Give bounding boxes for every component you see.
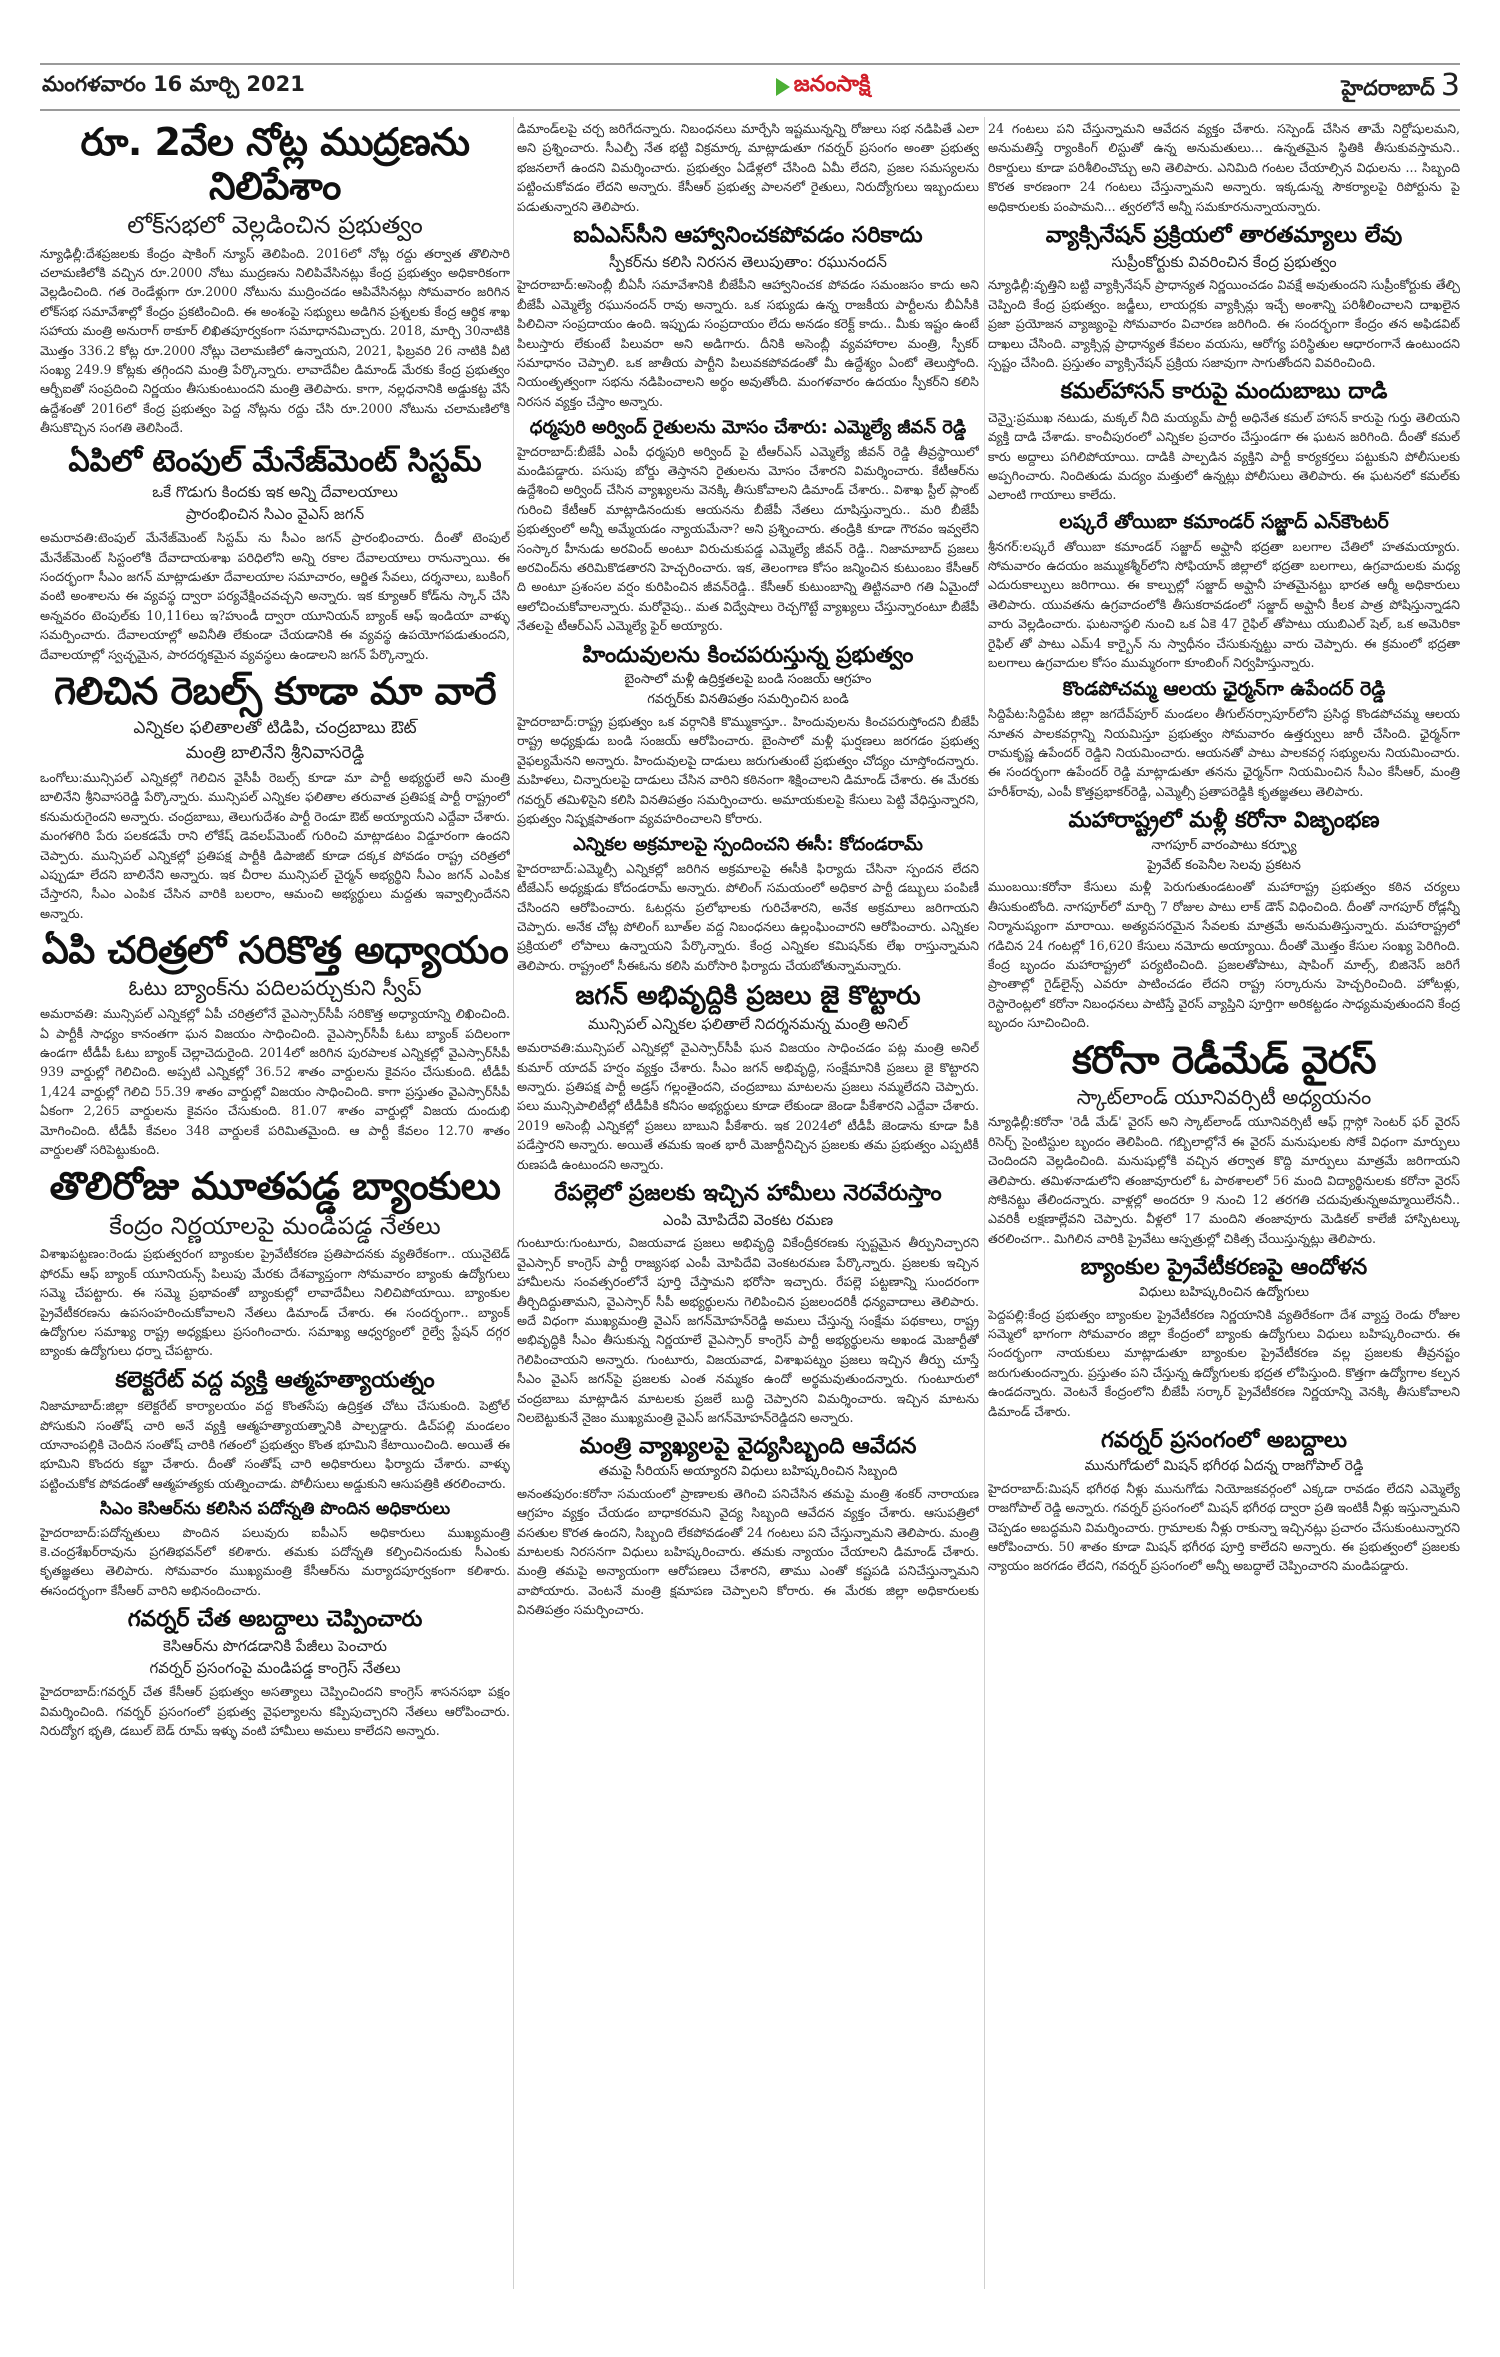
article-bank-privatization: బ్యాంకుల ప్రైవేటీకరణపై ఆందోళన విధులు బహి… [988,1254,1460,1421]
article-officers-meet-cm: సిఎం కెసిఆర్‌ను కలిసిన పదోన్నతి పొందిన అ… [40,1499,510,1600]
article-body: న్యూఢిల్లీ:కరోనా 'రెడీ మేడ్' వైరస్ అని స… [988,1112,1460,1248]
subheadline: ఓటు బ్యాంక్‌ను పదిలపర్చుకుని స్వీప్ [40,975,510,1002]
article-encounter: లష్కరే తోయిబా కమాండర్ సజ్జాద్ ఎన్‌కౌంటర్… [988,511,1460,673]
subheadline: ప్రారంభించిన సిఎం వైఎస్ జగన్ [40,504,510,526]
subheadline: నాగపూర్ వారంపాటు కర్ఫ్యూ [988,837,1460,856]
headline: బ్యాంకుల ప్రైవేటీకరణపై ఆందోళన [988,1254,1460,1282]
headline: కమల్‌హాసన్ కారుపై మందుబాబు దాడి [988,378,1460,406]
subheadline: మునుగోడులో మిషన్ భగీరథ ఏదన్న రాజగోపాల్ ర… [988,1456,1460,1476]
column-divider [513,117,514,2289]
article-hindus: హిందువులను కించపరుస్తున్న ప్రభుత్వం బైంస… [517,642,979,829]
headline: మంత్రి వ్యాఖ్యలపై వైద్యసిబ్బంది ఆవేదన [517,1433,979,1461]
article-body: శ్రీనగర్:లష్కరే తోయిబా కమాండర్ సజ్జాద్ అ… [988,537,1460,673]
headline: రేపల్లెలో ప్రజలకు ఇచ్చిన హామీలు నెరవేరుస… [517,1180,979,1208]
article-governor-speech: గవర్నర్ ప్రసంగంలో అబద్దాలు మునుగోడులో మి… [988,1427,1460,1576]
headline: గెలిచిన రెబల్స్ కూడా మా వారే [40,670,510,714]
subheadline: మంత్రి బాలినేని శ్రీనివాసరెడ్డి [40,741,510,766]
article-body: హైదరాబాద్:గవర్నర్ చేత కేసీఆర్ ప్రభుత్వం … [40,1682,510,1740]
article-body: న్యూఢిల్లీ:వృత్తిని బట్టి వ్యాక్సినేషన్ … [988,275,1460,372]
article-collectorate: కలెక్టరేట్ వద్ద వ్యక్తి ఆత్మహత్యాయత్నం న… [40,1367,510,1494]
article-governor-lies: గవర్నర్ చేత అబద్దాలు చెప్పించారు కెసిఆర్… [40,1606,510,1740]
headline: ఏపిలో టెంపుల్ మేనేజ్‌మెంట్ సిస్టమ్ [40,444,510,480]
subheadline: స్పీకర్‌ను కలిసి నిరసన తెలుపుతాం: రఘునంద… [517,252,979,274]
headline: కరోనా రెడీమేడ్ వైరస్ [988,1039,1460,1083]
newspaper-page: మంగళవారం 16 మార్చి 2021 జనంసాక్షి హైదరాబ… [0,0,1500,2357]
headline: ఎన్నికల అక్రమాలపై స్పందించని ఈసీ: కోదండర… [517,834,979,857]
article-body: నిజామాబాద్:జిల్లా కలెక్టరేట్ కార్యాలయం వ… [40,1396,510,1493]
newspaper-logo: జనంసాక్షి [776,72,871,102]
article-continued: డిమాండ్‌లపై చర్చ జరిగేదన్నారు. నిబంధనలు … [517,119,979,216]
headline: గవర్నర్ చేత అబద్దాలు చెప్పించారు [40,1606,510,1634]
article-readymade-virus: కరోనా రెడీమేడ్ వైరస్ స్కాట్‌లాండ్ యూనివర… [988,1039,1460,1249]
headline: కొండపోచమ్మ ఆలయ ఛైర్మన్‌గా ఉపేందర్ రెడ్డి [988,678,1460,702]
headline: మహారాష్ట్రలో మళ్లీ కరోనా విజృంభణ [988,807,1460,835]
article-body: హైదరాబాద్:రాష్ట్ర ప్రభుత్వం ఒక వర్గానికి… [517,712,979,828]
subheadline: ఎన్నికల ఫలితాలతో టిడిపి, చంద్రబాబు ఔట్ [40,716,510,741]
article-body: అమరావతి:టెంపుల్ మేనేజ్‌మెంట్ సిస్టమ్ ను … [40,528,510,664]
article-banks-closed: తొలిరోజు మూతపడ్డ బ్యాంకులు కేంద్రం నిర్ణ… [40,1165,510,1360]
article-maharashtra-corona: మహారాష్ట్రలో మళ్లీ కరోనా విజృంభణ నాగపూర్… [988,807,1460,1032]
article-medical-staff: మంత్రి వ్యాఖ్యలపై వైద్యసిబ్బంది ఆవేదన తమ… [517,1433,979,1619]
subheadline: కేంద్రం నిర్ణయాలపై మండిపడ్డ నేతలు [40,1211,510,1242]
headline: రూ. 2వేల నోట్ల ముద్రణను నిలిపేశాం [40,121,510,208]
subheadline: మున్సిపల్ ఎన్నికల ఫలితాలే నిదర్శనమన్న మం… [517,1014,979,1036]
article-rebels: గెలిచిన రెబల్స్ కూడా మా వారే ఎన్నికల ఫలి… [40,670,510,923]
article-jagan-development: జగన్ అభివృద్దికి ప్రజలు జై కొట్టారు మున్… [517,981,979,1174]
headline: హిందువులను కించపరుస్తున్న ప్రభుత్వం [517,642,979,670]
headline: జగన్ అభివృద్దికి ప్రజలు జై కొట్టారు [517,981,979,1012]
article-body: అమరావతి: మున్సిపల్ ఎన్నికల్లో ఏపీ చరిత్ర… [40,1004,510,1159]
subheadline: ఒకే గొడుగు కిందకు ఇక అన్ని దేవాలయాలు [40,482,510,504]
column-1: రూ. 2వేల నోట్ల ముద్రణను నిలిపేశాం లోక్‌స… [40,117,510,2289]
article-body: న్యూఢిల్లీ:దేశప్రజలకు కేంద్రం షాకింగ్ న్… [40,244,510,438]
edition-info: హైదరాబాద్3 [1341,68,1460,106]
article-bac-meeting: ఐఏఎస్‌సీని ఆహ్వానించకపోవడం సరికాదు స్పీక… [517,222,979,411]
edition-city: హైదరాబాద్ [1341,76,1435,100]
headline: లష్కరే తోయిబా కమాండర్ సజ్జాద్ ఎన్‌కౌంటర్ [988,511,1460,535]
article-body: పెద్దపల్లి:కేంద్ర ప్రభుత్వం బ్యాంకుల ప్ర… [988,1305,1460,1421]
article-body: గుంటూరు:గుంటూరు, విజయవాడ ప్రజలు అభివృద్ధ… [517,1233,979,1427]
article-body: హైదరాబాద్:బీజేపీ ఎంపీ ధర్మపురి అర్వింద్ … [517,442,979,636]
article-body: అనంతపురం:కరోనా సమయంలో ప్రాణాలకు తెగించి … [517,1484,979,1620]
column-divider [984,117,985,2289]
article-kodandaram: ఎన్నికల అక్రమాలపై స్పందించని ఈసీ: కోదండర… [517,834,979,975]
subheadline: స్కాట్‌లాండ్ యూనివర్సిటీ అధ్యయనం [988,1084,1460,1110]
article-body: అమరావతి:మున్సిపల్ ఎన్నికల్లో వైఎస్సార్‌స… [517,1038,979,1174]
headline: గవర్నర్ ప్రసంగంలో అబద్దాలు [988,1427,1460,1455]
column-2: డిమాండ్‌లపై చర్చ జరిగేదన్నారు. నిబంధనలు … [517,117,979,2289]
article-continued: 24 గంటలు పని చేస్తున్నామని ఆవేదన వ్యక్తం… [988,119,1460,216]
headline: ఏపి చరిత్రలో సరికొత్త అధ్యాయం [40,929,510,973]
headline: కలెక్టరేట్ వద్ద వ్యక్తి ఆత్మహత్యాయత్నం [40,1367,510,1395]
article-ap-history: ఏపి చరిత్రలో సరికొత్త అధ్యాయం ఓటు బ్యాంక… [40,929,510,1159]
page-number: 3 [1441,68,1460,103]
subheadline: బైంసాలో మళ్లీ ఉద్రిక్తతలపై బండి సంజయ్ ఆగ… [517,671,979,690]
subheadline: గవర్నర్ ప్రసంగంపై మండిపడ్డ కాంగ్రెస్ నేత… [40,1658,510,1680]
issue-date: మంగళవారం 16 మార్చి 2021 [40,72,305,102]
article-body: ఒంగోలు:మున్సిపల్ ఎన్నికల్లో గెలిచిన వైసీ… [40,768,510,923]
article-temple-management: ఏపిలో టెంపుల్ మేనేజ్‌మెంట్ సిస్టమ్ ఒకే గ… [40,444,510,664]
article-body: 24 గంటలు పని చేస్తున్నామని ఆవేదన వ్యక్తం… [988,119,1460,216]
subheadline: విధులు బహిష్కరించిన ఉద్యోగులు [988,1284,1460,1303]
article-body: డిమాండ్‌లపై చర్చ జరిగేదన్నారు. నిబంధనలు … [517,119,979,216]
leaf-arrow-icon [776,78,790,96]
subheadline: ఎంపి మోపిదేవి వెంకట రమణ [517,1210,979,1232]
subheadline: గవర్నర్‌కు వినతిపత్రం సమర్పించిన బండి [517,691,979,710]
article-body: చెన్నై:ప్రముఖ నటుడు, మక్కల్ నీది మయ్యమ్ … [988,408,1460,505]
article-body: సిద్దిపేట:సిద్దిపేట జిల్లా జగదేవ్‌పూర్ మ… [988,704,1460,801]
subheadline: తమపై సీరియస్ అయ్యారని విధులు బహిష్కరించి… [517,1463,979,1482]
subheadline: కెసిఆర్‌ను పొగడడానికి పేజీలు పెంచారు [40,1636,510,1658]
article-vaccination: వ్యాక్సినేషన్ ప్రక్రియలో తారతమ్యాలు లేవు… [988,222,1460,372]
subheadline: ప్రైవేట్ కంపెనీల సెలవు ప్రకటన [988,857,1460,876]
headline: ఐఏఎస్‌సీని ఆహ్వానించకపోవడం సరికాదు [517,222,979,250]
article-body: ముంబయి:కరోనా కేసులు మళ్లీ పెరుగుతుండటంతో… [988,877,1460,1032]
headline: సిఎం కెసిఆర్‌ను కలిసిన పదోన్నతి పొందిన అ… [40,1499,510,1520]
article-body: హైదరాబాద్:అసెంబ్లీ బీఏసీ సమావేశానికి బీజ… [517,275,979,411]
headline: ధర్మపురి అర్వింద్ రైతులను మోసం చేశారు: ఎ… [517,417,979,440]
headline: వ్యాక్సినేషన్ ప్రక్రియలో తారతమ్యాలు లేవు [988,222,1460,250]
article-repalle: రేపల్లెలో ప్రజలకు ఇచ్చిన హామీలు నెరవేరుస… [517,1180,979,1427]
article-jeevan-reddy: ధర్మపురి అర్వింద్ రైతులను మోసం చేశారు: ఎ… [517,417,979,636]
subheadline: లోక్‌సభలో వెల్లడించిన ప్రభుత్వం [40,210,510,241]
article-body: హైదరాబాద్:ఎమ్మెల్సీ ఎన్నికల్లో జరిగిన అక… [517,859,979,975]
column-3: 24 గంటలు పని చేస్తున్నామని ఆవేదన వ్యక్తం… [988,117,1460,2289]
article-kondapochamma: కొండపోచమ్మ ఆలయ ఛైర్మన్‌గా ఉపేందర్ రెడ్డి… [988,678,1460,801]
subheadline: సుప్రీంకోర్టుకు వివరించిన కేంద్ర ప్రభుత్… [988,252,1460,274]
logo-text: జనంసాక్షి [794,72,871,102]
article-body: హైదరాబాద్:మిషన్ భగీరథ నీళ్లు మునుగోడు ని… [988,1479,1460,1576]
headline: తొలిరోజు మూతపడ్డ బ్యాంకులు [40,1165,510,1209]
article-2000-notes: రూ. 2వేల నోట్ల ముద్రణను నిలిపేశాం లోక్‌స… [40,121,510,438]
masthead: మంగళవారం 16 మార్చి 2021 జనంసాక్షి హైదరాబ… [40,63,1460,111]
article-body: హైదరాబాద్:పదోన్నతులు పొందిన పలువురు ఐపీఎ… [40,1523,510,1601]
article-body: విశాఖపట్టణం:రెండు ప్రభుత్వరంగ బ్యాంకుల ప… [40,1244,510,1360]
article-kamal-haasan: కమల్‌హాసన్ కారుపై మందుబాబు దాడి చెన్నై:ప… [988,378,1460,505]
